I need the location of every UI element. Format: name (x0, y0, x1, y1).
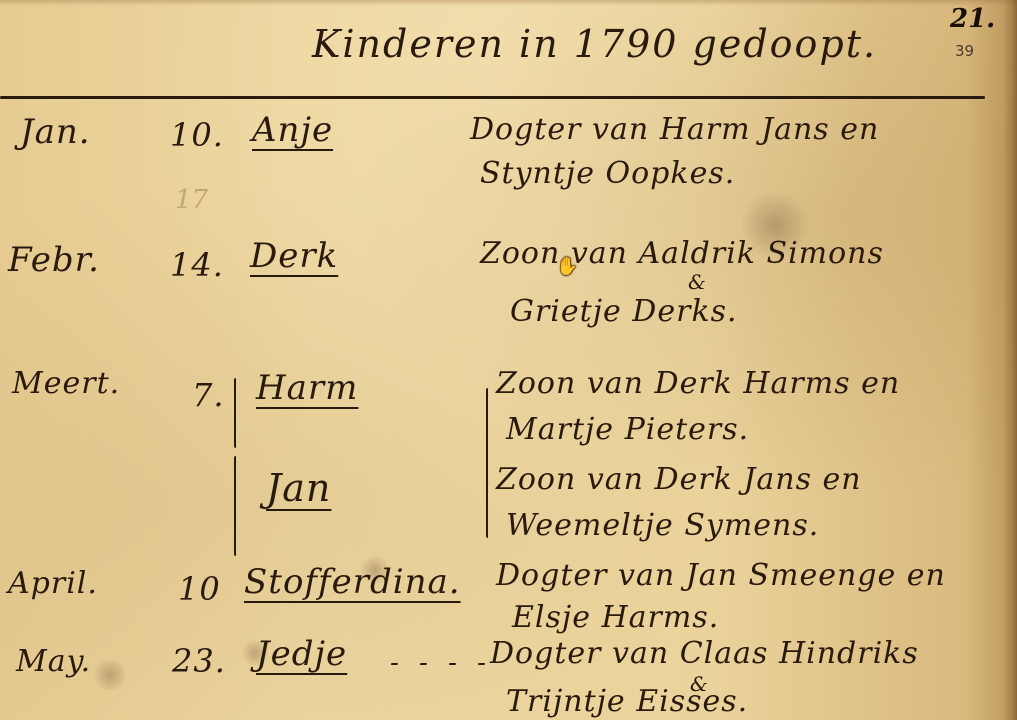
twin-brace (234, 456, 236, 556)
paper-top-edge (0, 0, 1017, 6)
entry-child-name: Jedje (256, 634, 347, 674)
entry-parents-line2: Elsje Harms. (512, 600, 719, 635)
entry-child-name: Anje (252, 110, 333, 150)
entry-parents-line1: Zoon van Derk Harms en (496, 366, 900, 401)
entry-parents-line1: Dogter van Claas Hindriks (490, 636, 919, 671)
entry-parents-line1: Zoon van Derk Jans en (496, 462, 862, 497)
ink-stain (90, 660, 130, 690)
bleedthrough-text: 17 (175, 185, 208, 215)
entry-child-name: Jan (266, 466, 331, 510)
scanned-register-page[interactable]: 17 Kinderen in 1790 gedoopt. 21. 39 Jan.… (0, 0, 1017, 720)
entry-parents-line2: Styntje Oopkes. (480, 156, 735, 191)
entry-child-name: Stofferdina. (244, 562, 461, 602)
entry-parents-line2: Martje Pieters. (506, 412, 749, 447)
page-title: Kinderen in 1790 gedoopt. (312, 22, 877, 66)
header-divider (0, 96, 985, 99)
entry-day: 7. (192, 376, 225, 414)
entry-leader-dashes: - - - - (390, 648, 492, 678)
twin-parents-brace (486, 388, 488, 538)
entry-day: 10 (178, 570, 221, 608)
entry-parents-line1: Dogter van Jan Smeenge en (496, 558, 946, 593)
entry-parents-line1: Dogter van Harm Jans en (470, 112, 879, 147)
entry-day: 23. (172, 642, 226, 680)
entry-day: 14. (170, 246, 224, 284)
page-number: 21. (950, 4, 995, 34)
entry-insertion-mark: & (688, 270, 707, 294)
entry-month: Febr. (8, 240, 100, 280)
entry-month: April. (8, 566, 98, 601)
entry-month: Jan. (20, 112, 91, 152)
entry-parents-line2: Grietje Derks. (510, 294, 738, 329)
entry-month: May. (16, 644, 91, 679)
paper-right-edge (1003, 0, 1017, 720)
entry-day: 10. (170, 116, 224, 154)
entry-parents-line2: Trijntje Eisses. (506, 684, 748, 719)
entry-child-name: Harm (256, 368, 358, 408)
page-number-pencil: 39 (955, 42, 974, 60)
entry-month: Meert. (12, 366, 120, 401)
entry-child-name: Derk (250, 236, 338, 276)
hand-cursor-icon: ✋ (556, 256, 578, 277)
twin-brace (234, 378, 236, 448)
entry-parents-line2: Weemeltje Symens. (506, 508, 819, 543)
entry-parents-line1: Zoon van Aaldrik Simons (480, 236, 884, 271)
